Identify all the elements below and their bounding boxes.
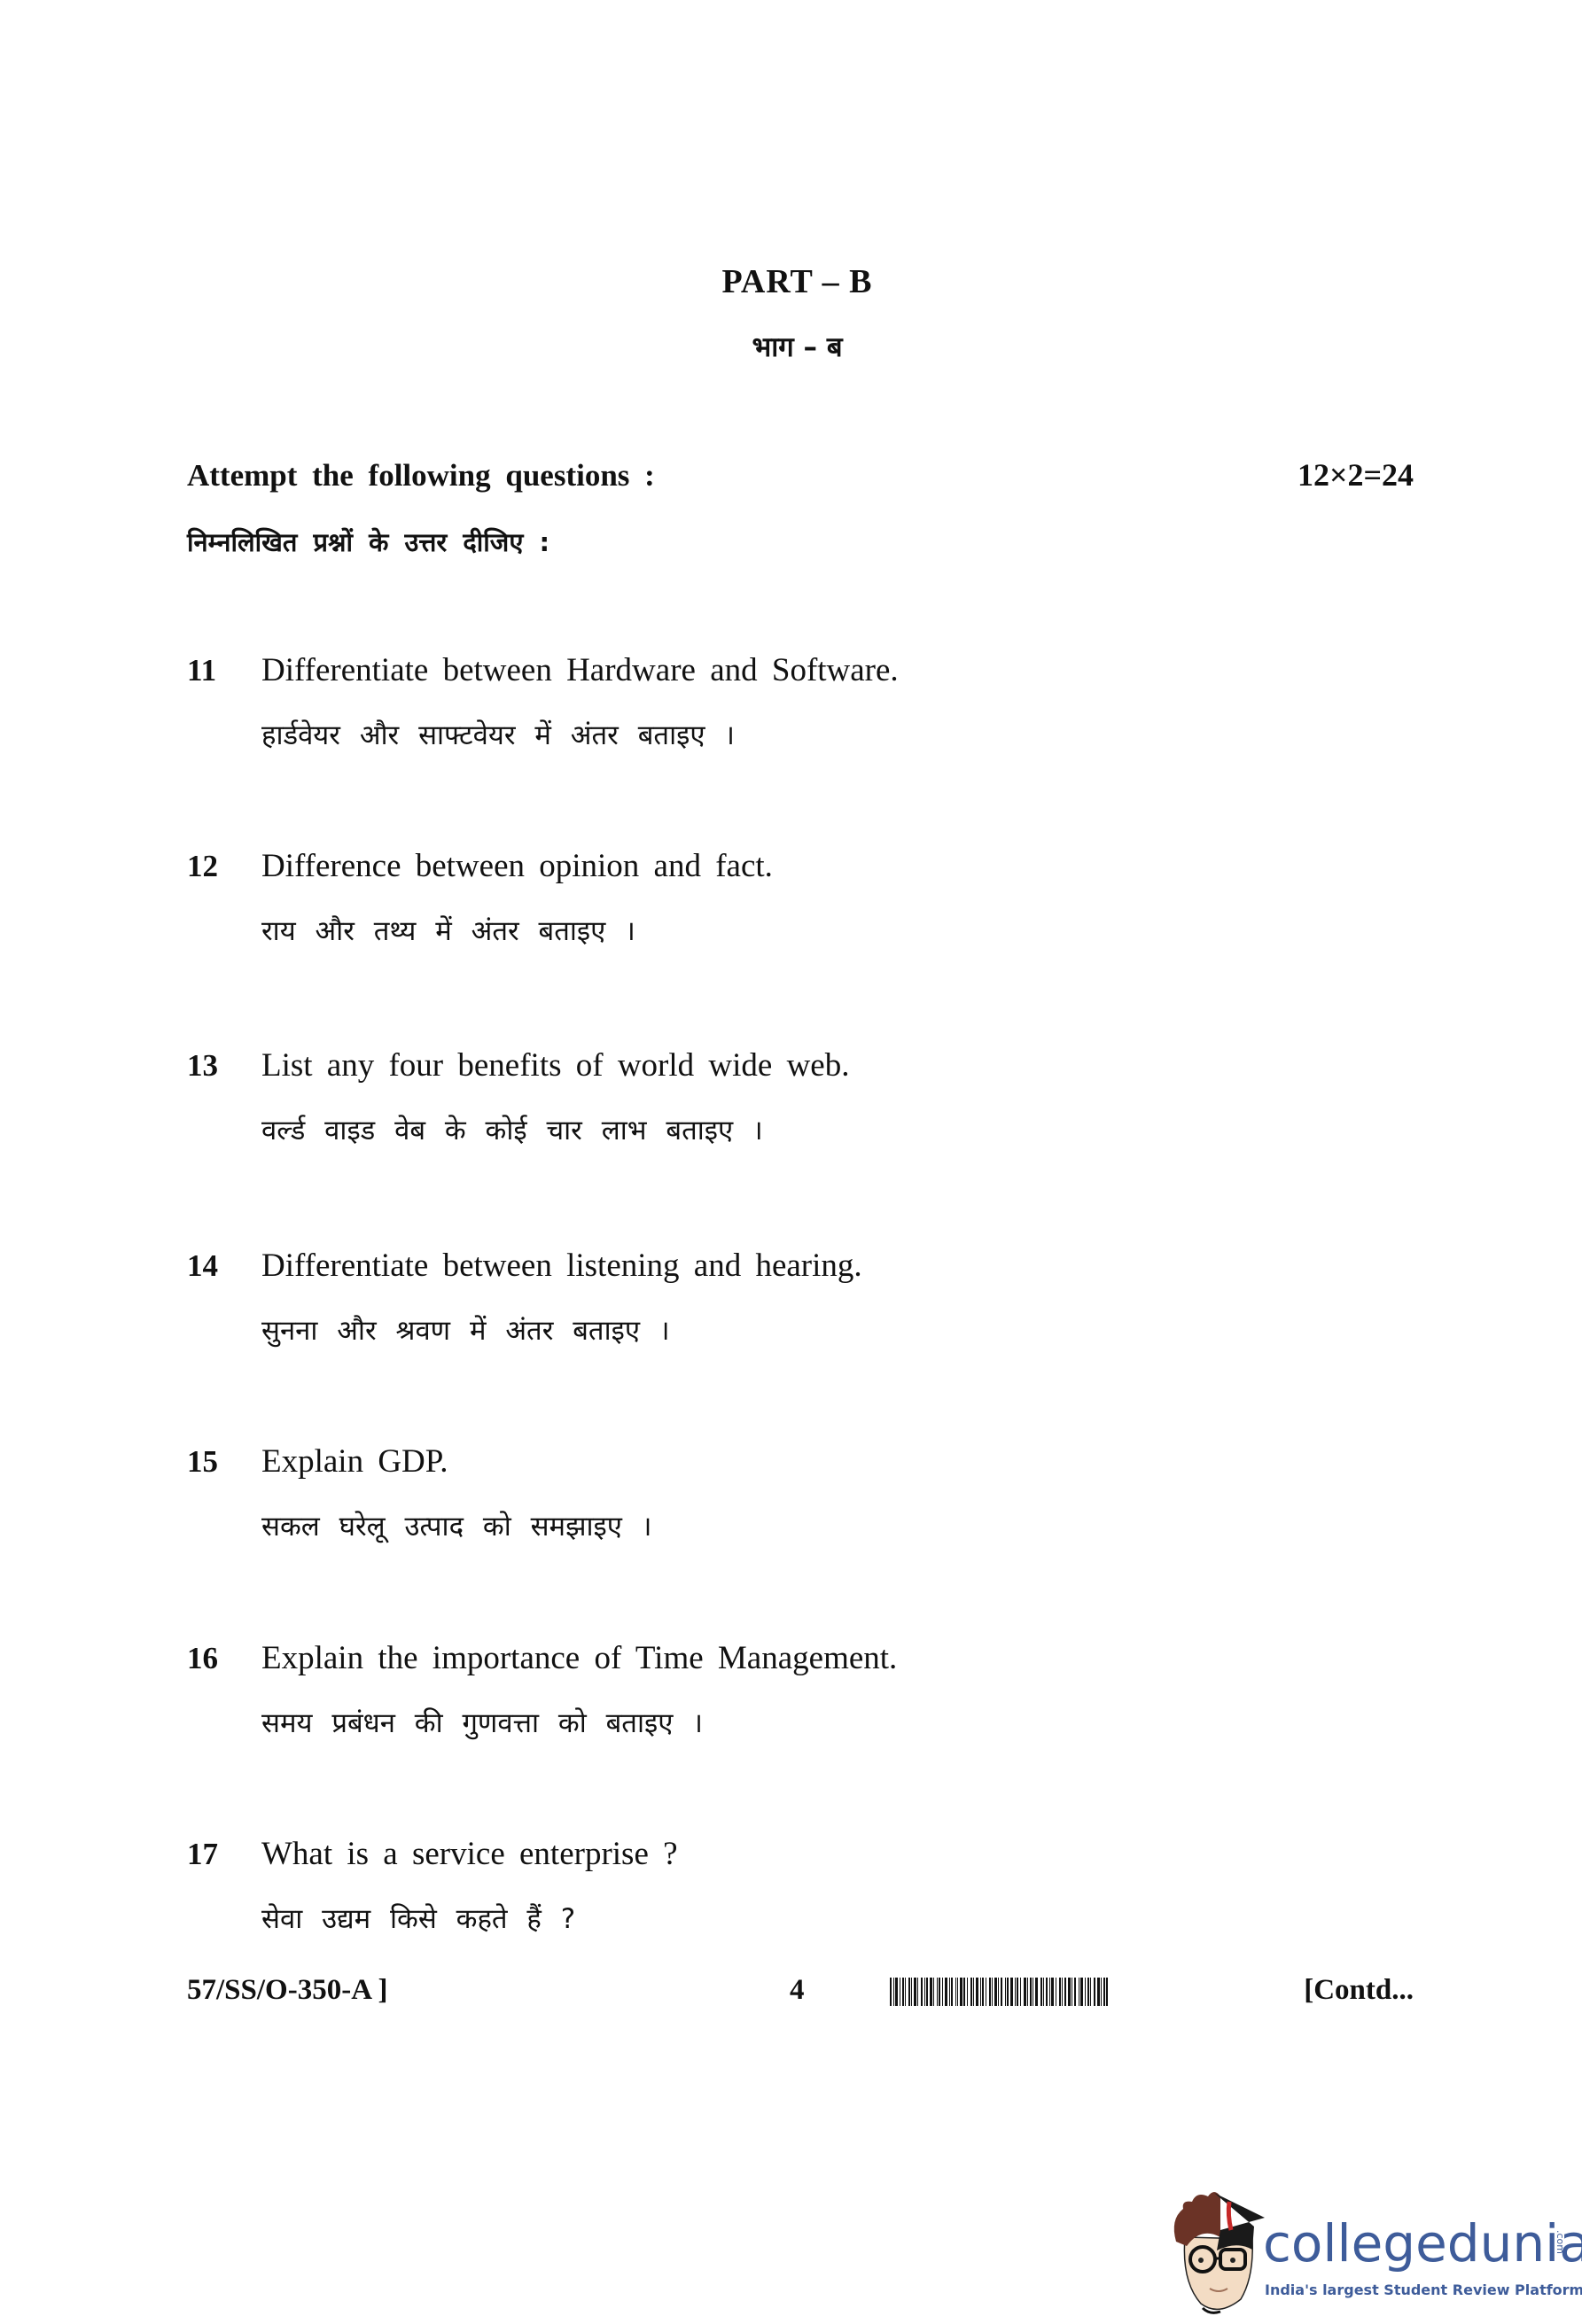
question-text-hindi: राय और तथ्य में अंतर बताइए ।	[261, 912, 1428, 949]
question-text-hindi: सकल घरेलू उत्पाद को समझाइए ।	[261, 1507, 1428, 1544]
question-text: What is a service enterprise ?	[261, 1835, 678, 1873]
page-number: 4	[790, 1974, 805, 2007]
barcode	[890, 1978, 1262, 2006]
question-14: 14 Differentiate between listening and h…	[187, 1247, 1428, 1349]
instructions-text-hindi: निम्नलिखित प्रश्नों के उत्तर दीजिए :	[187, 525, 549, 559]
mascot-logo-icon	[1165, 2175, 1267, 2317]
exam-page: PART – B भाग – ब Attempt the following q…	[0, 0, 1582, 2324]
question-11: 11 Differentiate between Hardware and So…	[187, 651, 1428, 753]
continued-marker: [Contd...	[1304, 1974, 1414, 2007]
paper-code: 57/SS/O-350-A ]	[187, 1974, 387, 2007]
question-16: 16 Explain the importance of Time Manage…	[187, 1639, 1428, 1741]
question-text: Explain the importance of Time Managemen…	[261, 1639, 897, 1677]
question-15: 15 Explain GDP. सकल घरेलू उत्पाद को समझा…	[187, 1442, 1428, 1544]
question-number: 13	[187, 1048, 261, 1084]
question-text: Difference between opinion and fact.	[261, 847, 773, 885]
question-text-hindi: हार्डवेयर और साफ्टवेयर में अंतर बताइए ।	[261, 716, 1428, 753]
question-number: 17	[187, 1837, 261, 1872]
page-footer: 57/SS/O-350-A ] 4 [Contd...	[187, 1974, 1414, 2018]
brand-name: collegedunia	[1263, 2218, 1582, 2269]
question-text: List any four benefits of world wide web…	[261, 1046, 849, 1084]
brand-tagline: India's largest Student Review Platform	[1265, 2281, 1582, 2298]
question-13: 13 List any four benefits of world wide …	[187, 1046, 1428, 1148]
question-number: 12	[187, 849, 261, 884]
question-text-hindi: समय प्रबंधन की गुणवत्ता को बताइए ।	[261, 1704, 1428, 1741]
question-text-hindi: सेवा उद्यम किसे कहते हैं ?	[261, 1900, 1428, 1937]
question-text: Differentiate between Hardware and Softw…	[261, 651, 899, 689]
question-number: 16	[187, 1641, 261, 1676]
question-text: Explain GDP.	[261, 1442, 448, 1481]
question-number: 11	[187, 653, 261, 688]
brand-suffix: .com	[1555, 2230, 1566, 2254]
question-12: 12 Difference between opinion and fact. …	[187, 847, 1428, 949]
part-title: PART – B	[0, 262, 1582, 301]
collegedunia-watermark: collegedunia .com India's largest Studen…	[1165, 2175, 1573, 2317]
question-text: Differentiate between listening and hear…	[261, 1247, 862, 1285]
part-title-hindi: भाग – ब	[0, 328, 1582, 365]
instructions-text: Attempt the following questions :	[187, 458, 655, 494]
instructions-row: Attempt the following questions : 12×2=2…	[187, 456, 1414, 494]
marks-allocation: 12×2=24	[1298, 456, 1414, 494]
question-number: 14	[187, 1248, 261, 1284]
question-17: 17 What is a service enterprise ? सेवा उ…	[187, 1835, 1428, 1937]
question-text-hindi: सुनना और श्रवण में अंतर बताइए ।	[261, 1311, 1428, 1349]
question-text-hindi: वर्ल्ड वाइड वेब के कोई चार लाभ बताइए ।	[261, 1111, 1428, 1148]
question-number: 15	[187, 1444, 261, 1480]
